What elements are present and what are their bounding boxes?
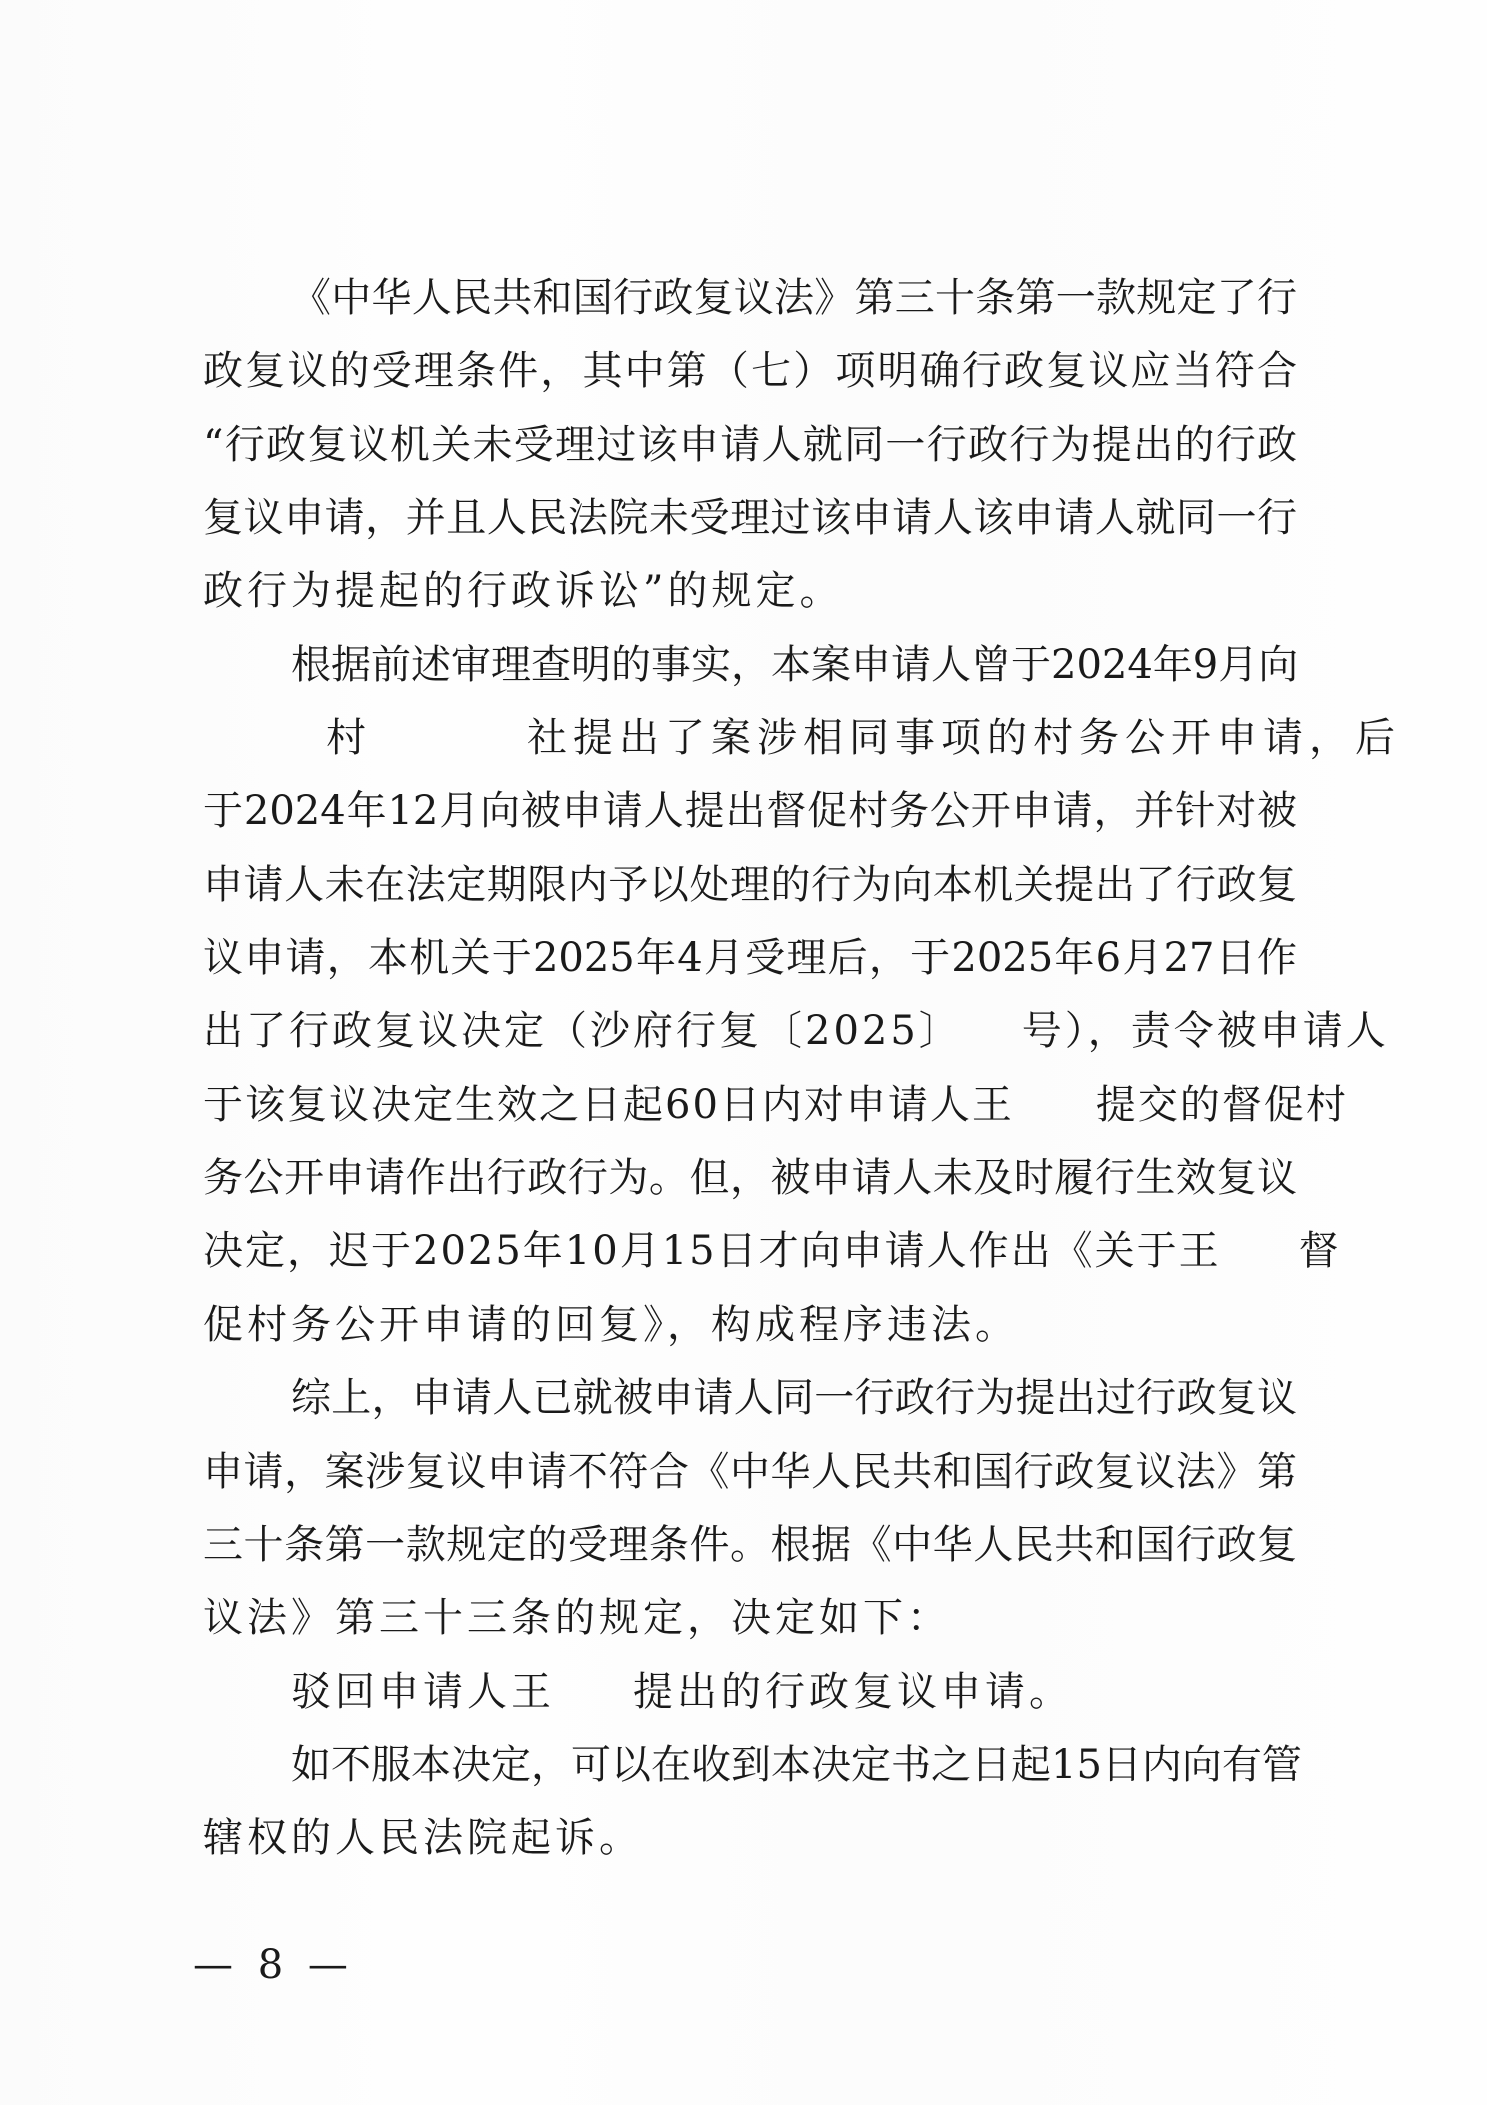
text-line: 辖权的人民法院起诉。 — [203, 1810, 1297, 1883]
text-line: 根据前述审理查明的事实，本案申请人曾于2024年9月向 — [203, 637, 1297, 710]
text-line: “行政复议机关未受理过该申请人就同一行政行为提出的行政 — [203, 417, 1297, 490]
text-fragment: 提出的行政复议申请。 — [633, 1669, 1073, 1715]
text-line: 促村务公开申请的回复》，构成程序违法。 — [203, 1297, 1297, 1370]
text-fragment: 提交的督促村 — [1096, 1082, 1348, 1128]
text-fragment: 村 — [326, 715, 372, 761]
document-body: 《中华人民共和国行政复议法》第三十条第一款规定了行 政复议的受理条件，其中第（七… — [203, 270, 1297, 1884]
text-line: 复议申请，并且人民法院未受理过该申请人该申请人就同一行 — [203, 490, 1297, 563]
text-line: 三十条第一款规定的受理条件。根据《中华人民共和国行政复 — [203, 1517, 1297, 1590]
text-line: 议申请，本机关于2025年4月受理后，于2025年6月27日作 — [203, 930, 1297, 1003]
text-line-redacted: 决定，迟于2025年10月15日才向申请人作出《关于王督 — [203, 1223, 1297, 1296]
text-line: 议法》第三十三条的规定，决定如下： — [203, 1590, 1297, 1663]
text-line: 《中华人民共和国行政复议法》第三十条第一款规定了行 — [203, 270, 1297, 343]
text-fragment: 决定，迟于2025年10月15日才向申请人作出《关于王 — [203, 1228, 1221, 1274]
paragraph-facts: 根据前述审理查明的事实，本案申请人曾于2024年9月向 村社提出了案涉相同事项的… — [203, 637, 1297, 1370]
document-page: 《中华人民共和国行政复议法》第三十条第一款规定了行 政复议的受理条件，其中第（七… — [0, 0, 1487, 2105]
text-line-redacted: 村社提出了案涉相同事项的村务公开申请，后 — [203, 710, 1297, 783]
text-fragment: 驳回申请人王 — [291, 1669, 555, 1715]
text-line-redacted: 驳回申请人王提出的行政复议申请。 — [203, 1664, 1297, 1737]
text-fragment: 督 — [1299, 1228, 1341, 1274]
text-fragment: 出了行政复议决定（沙府行复〔2025〕 — [203, 1008, 962, 1054]
text-line: 务公开申请作出行政行为。但，被申请人未及时履行生效复议 — [203, 1150, 1297, 1223]
text-fragment: 社提出了案涉相同事项的村务公开申请，后 — [527, 715, 1401, 761]
text-fragment: 号），责令被申请人 — [1022, 1008, 1389, 1054]
text-line-redacted: 出了行政复议决定（沙府行复〔2025〕号），责令被申请人 — [203, 1003, 1297, 1076]
text-line: 政复议的受理条件，其中第（七）项明确行政复议应当符合 — [203, 343, 1297, 416]
text-line: 如不服本决定，可以在收到本决定书之日起15日内向有管 — [203, 1737, 1297, 1810]
paragraph-legal-basis: 《中华人民共和国行政复议法》第三十条第一款规定了行 政复议的受理条件，其中第（七… — [203, 270, 1297, 637]
text-line: 申请人未在法定期限内予以处理的行为向本机关提出了行政复 — [203, 857, 1297, 930]
paragraph-appeal-notice: 如不服本决定，可以在收到本决定书之日起15日内向有管 辖权的人民法院起诉。 — [203, 1737, 1297, 1884]
text-line: 综上，申请人已就被申请人同一行政行为提出过行政复议 — [203, 1370, 1297, 1443]
text-line-redacted: 于该复议决定生效之日起60日内对申请人王提交的督促村 — [203, 1077, 1297, 1150]
paragraph-conclusion: 综上，申请人已就被申请人同一行政行为提出过行政复议 申请，案涉复议申请不符合《中… — [203, 1370, 1297, 1663]
text-fragment: 于该复议决定生效之日起60日内对申请人王 — [203, 1082, 1014, 1128]
text-line: 政行为提起的行政诉讼”的规定。 — [203, 563, 1297, 636]
paragraph-decision: 驳回申请人王提出的行政复议申请。 — [203, 1664, 1297, 1737]
page-number: — 8 — — [193, 1940, 354, 1990]
text-line: 于2024年12月向被申请人提出督促村务公开申请，并针对被 — [203, 783, 1297, 856]
text-line: 申请，案涉复议申请不符合《中华人民共和国行政复议法》第 — [203, 1444, 1297, 1517]
